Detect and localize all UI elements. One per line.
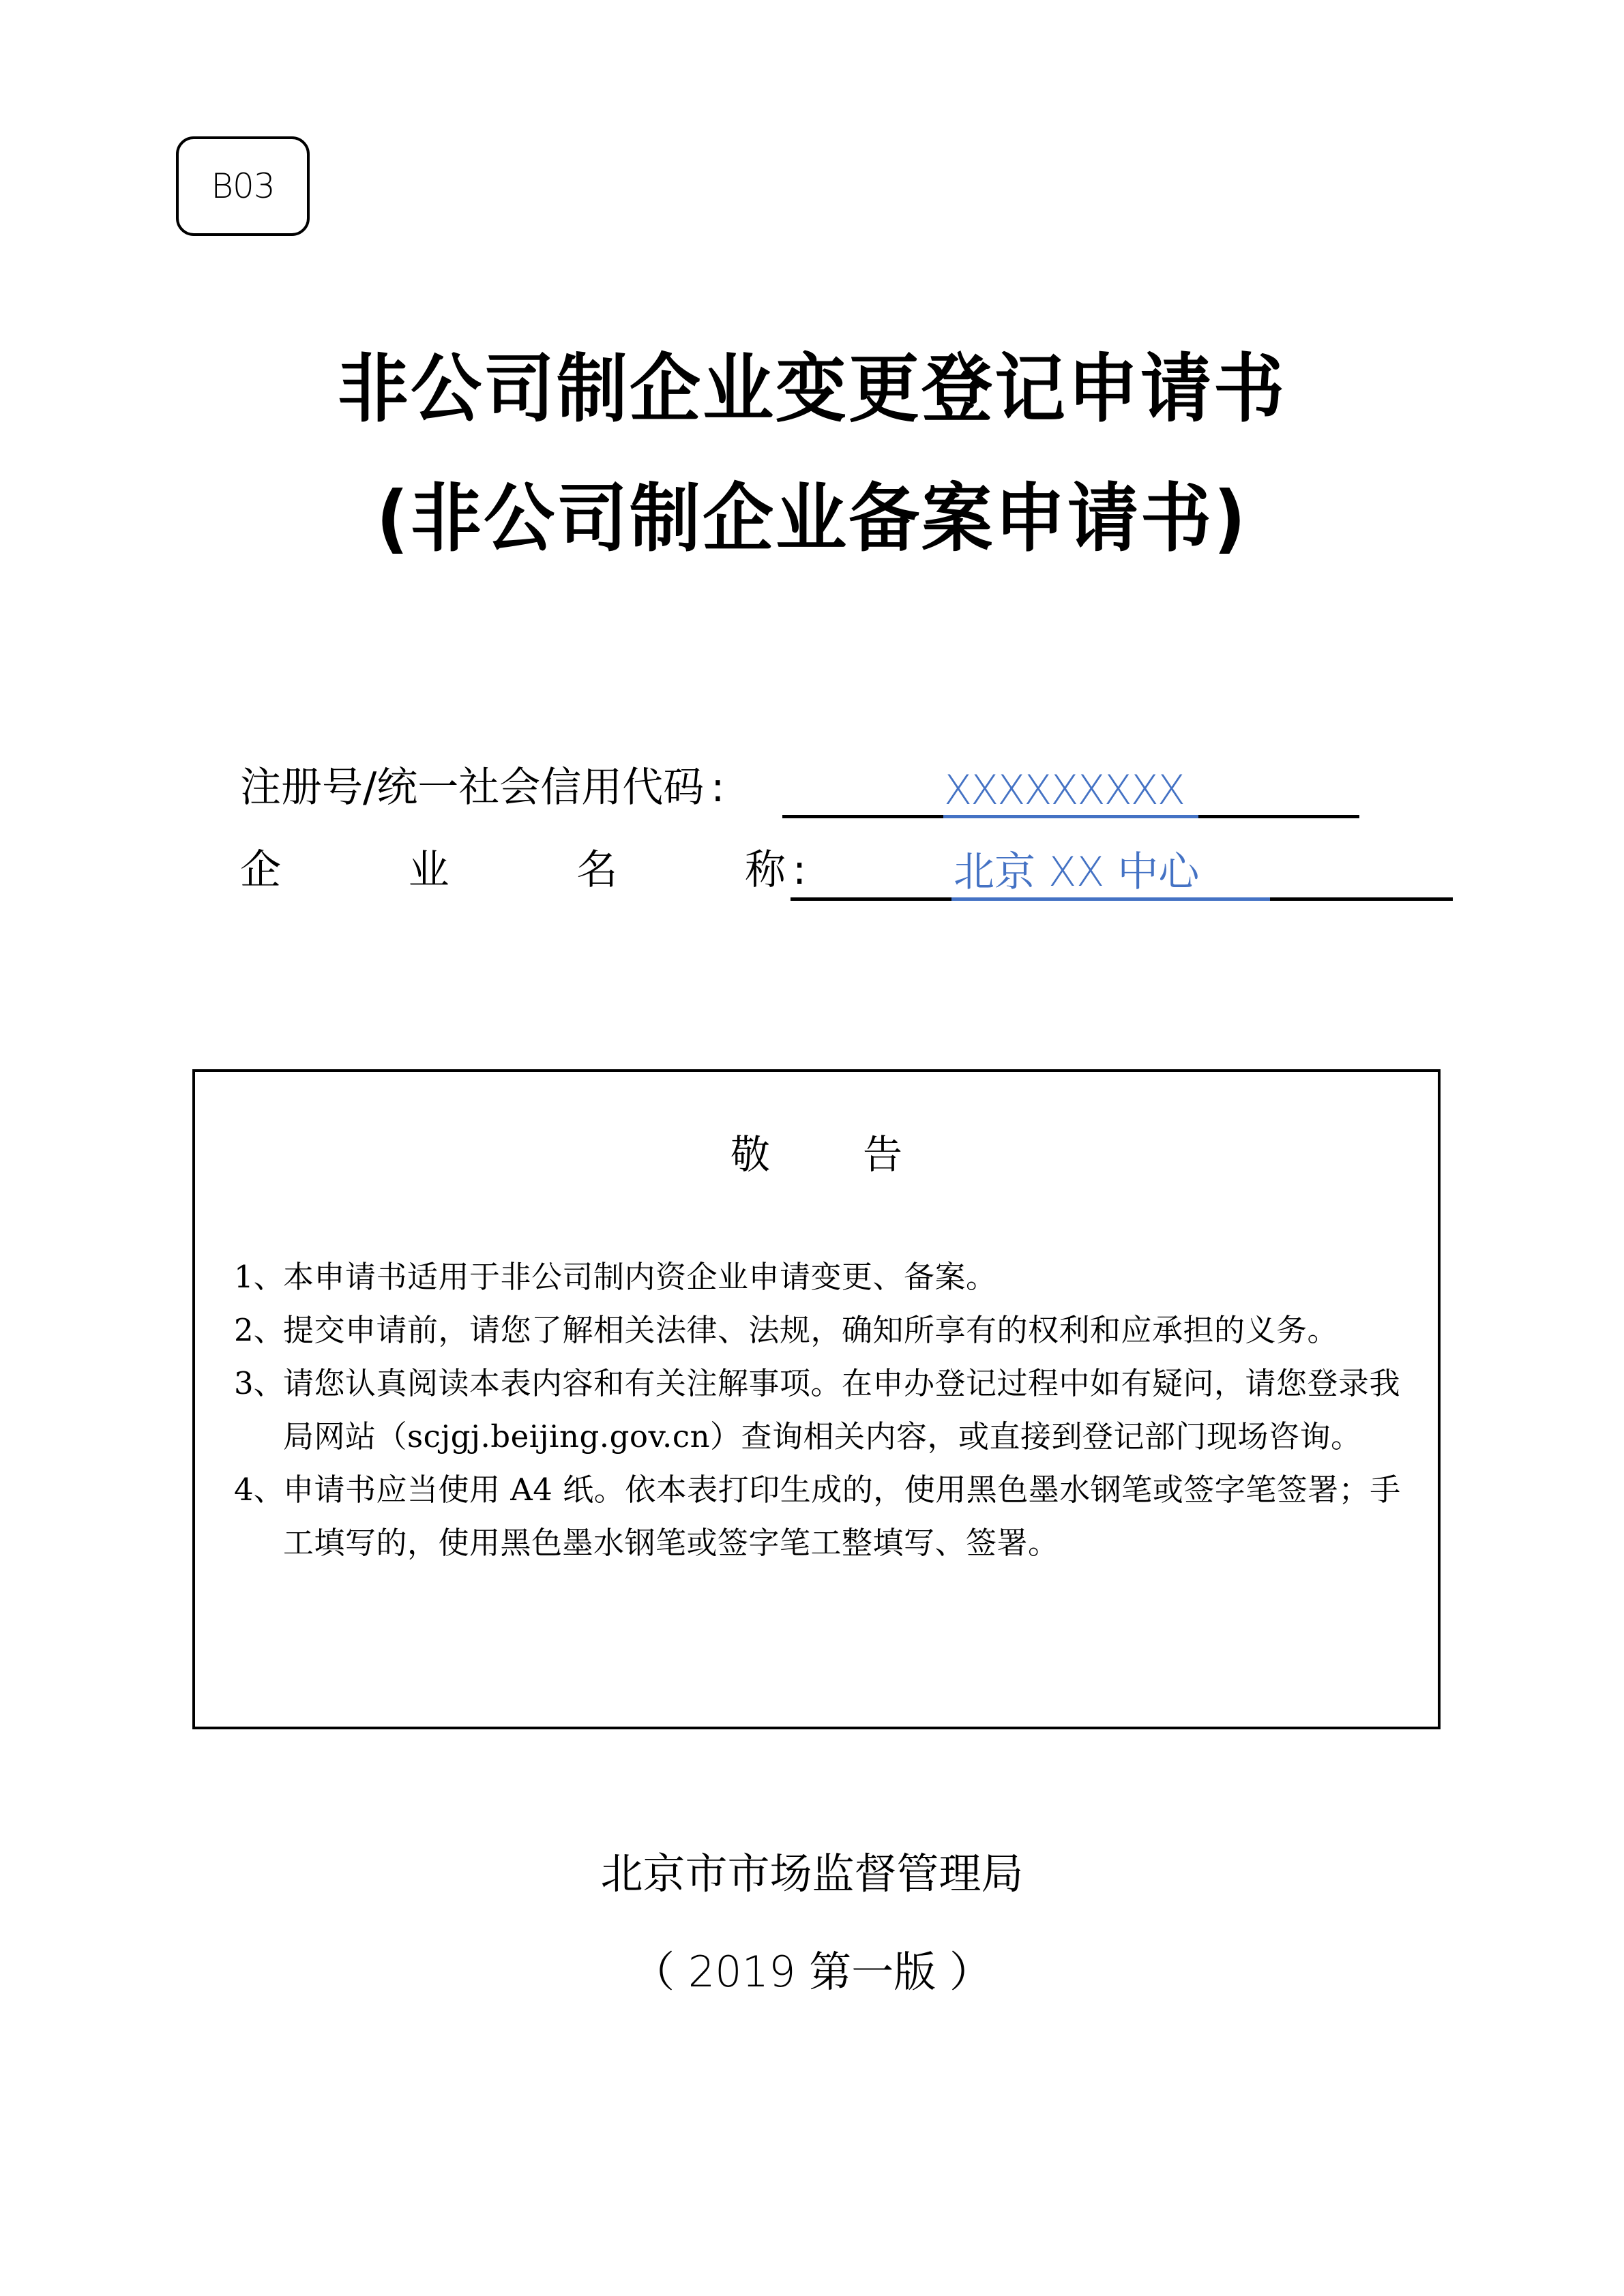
notice-heading-char: 敬 [730, 1131, 770, 1178]
enterprise-name-underline-left [791, 897, 951, 901]
registration-code-field[interactable]: XXXXXXXXX [944, 766, 1184, 814]
notice-box: 敬告 1、 本申请书适用于非公司制内资企业申请变更、备案。 2、 提交申请前，请… [192, 1069, 1441, 1729]
enterprise-name-underline-value [951, 897, 1270, 901]
notice-item-text: 提交申请前，请您了解相关法律、法规，确知所享有的权利和应承担的义务。 [283, 1304, 1407, 1357]
enterprise-name-field[interactable]: 北京 XX 中心 [954, 848, 1199, 896]
notice-item-number: 1、 [234, 1251, 283, 1304]
enterprise-name-label-char: 称 [745, 843, 786, 897]
enterprise-name-label-char: 业 [409, 843, 449, 897]
notice-item: 4、 申请书应当使用 A4 纸。依本表打印生成的，使用黑色墨水钢笔或签字笔签署；… [234, 1463, 1407, 1570]
notice-item-number: 2、 [234, 1304, 283, 1357]
notice-list: 1、 本申请书适用于非公司制内资企业申请变更、备案。 2、 提交申请前，请您了解… [234, 1251, 1407, 1570]
form-code-badge: B03 [176, 136, 310, 236]
registration-code-label: 注册号/统一社会信用代码 [240, 760, 704, 815]
notice-item-number: 4、 [234, 1463, 283, 1570]
enterprise-name-row: 企 业 名 称 : [240, 843, 813, 897]
notice-item-text: 本申请书适用于非公司制内资企业申请变更、备案。 [283, 1251, 1407, 1304]
notice-item-text: 申请书应当使用 A4 纸。依本表打印生成的，使用黑色墨水钢笔或签字笔签署；手工填… [283, 1463, 1407, 1570]
enterprise-name-label-char: 名 [576, 843, 617, 897]
notice-item: 3、 请您认真阅读本表内容和有关注解事项。在申办登记过程中如有疑问，请您登录我局… [234, 1357, 1407, 1463]
form-code-label: B03 [211, 166, 274, 206]
notice-heading: 敬告 [195, 1131, 1438, 1178]
registration-code-row: 注册号/统一社会信用代码 : [240, 760, 731, 815]
enterprise-name-underline-right [1270, 897, 1453, 901]
registration-code-underline-value [943, 815, 1198, 818]
edition-label: （ 2019 第一版 ） [0, 1945, 1624, 1999]
notice-item-text: 请您认真阅读本表内容和有关注解事项。在申办登记过程中如有疑问，请您登录我局网站（… [283, 1357, 1407, 1463]
notice-heading-char: 告 [863, 1131, 902, 1178]
notice-item-number: 3、 [234, 1357, 283, 1463]
registration-code-colon: : [711, 760, 724, 815]
issuing-authority: 北京市市场监督管理局 [0, 1847, 1624, 1901]
enterprise-name-colon: : [793, 843, 806, 897]
registration-code-underline-right [1198, 815, 1359, 818]
enterprise-name-label-char: 企 [240, 843, 281, 897]
enterprise-name-label: 企 业 名 称 [240, 843, 786, 897]
notice-item: 1、 本申请书适用于非公司制内资企业申请变更、备案。 [234, 1251, 1407, 1304]
registration-code-underline-left [782, 815, 943, 818]
notice-item: 2、 提交申请前，请您了解相关法律、法规，确知所享有的权利和应承担的义务。 [234, 1304, 1407, 1357]
document-title: 非公司制企业变更登记申请书 [0, 349, 1624, 428]
document-subtitle: (非公司制企业备案申请书) [0, 479, 1624, 558]
